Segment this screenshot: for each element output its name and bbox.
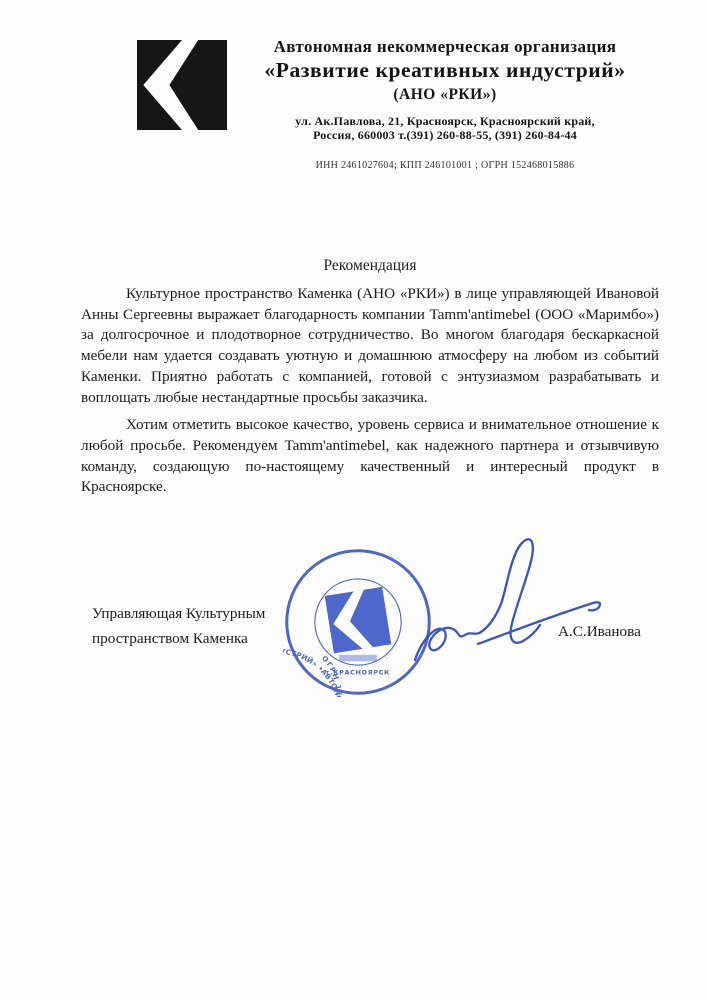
org-address: ул. Ак.Павлова, 21, Красноярск, Краснояр… — [245, 115, 645, 142]
paragraph-1: Культурное пространство Каменка (АНО «РК… — [81, 284, 659, 408]
handwritten-signature — [390, 520, 610, 670]
document-body: Культурное пространство Каменка (АНО «РК… — [81, 284, 659, 498]
org-address-line2: Россия, 660003 т.(391) 260-88-55, (391) … — [245, 129, 645, 143]
paragraph-2: Хотим отметить высокое качество, уровень… — [81, 415, 659, 498]
org-short-name: (АНО «РКИ») — [245, 86, 645, 104]
signature-scrawl — [415, 539, 540, 660]
org-type: Автономная некоммерческая организация — [245, 37, 645, 56]
stamp-hatch-box — [339, 655, 377, 662]
document-title: Рекомендация — [81, 257, 659, 275]
org-logo-k-icon — [137, 40, 227, 130]
signer-position: Управляющая Культурным пространством Кам… — [92, 602, 265, 651]
org-address-line1: ул. Ак.Павлова, 21, Красноярск, Краснояр… — [245, 115, 645, 129]
signer-position-line2: пространством Каменка — [92, 627, 265, 652]
org-requisites: ИНН 2461027604; КПП 246101001 ; ОГРН 152… — [245, 160, 645, 171]
signer-position-line1: Управляющая Культурным — [92, 602, 265, 627]
org-name: «Развитие креативных индустрий» — [245, 58, 645, 82]
signature-tail — [478, 602, 600, 644]
stamp-city: г.КРАСНОЯРСК — [326, 669, 390, 677]
stamp-logo-k-icon — [325, 587, 392, 654]
document-page: Автономная некоммерческая организация «Р… — [0, 0, 707, 1000]
letterhead-text: Автономная некоммерческая организация «Р… — [245, 37, 645, 171]
